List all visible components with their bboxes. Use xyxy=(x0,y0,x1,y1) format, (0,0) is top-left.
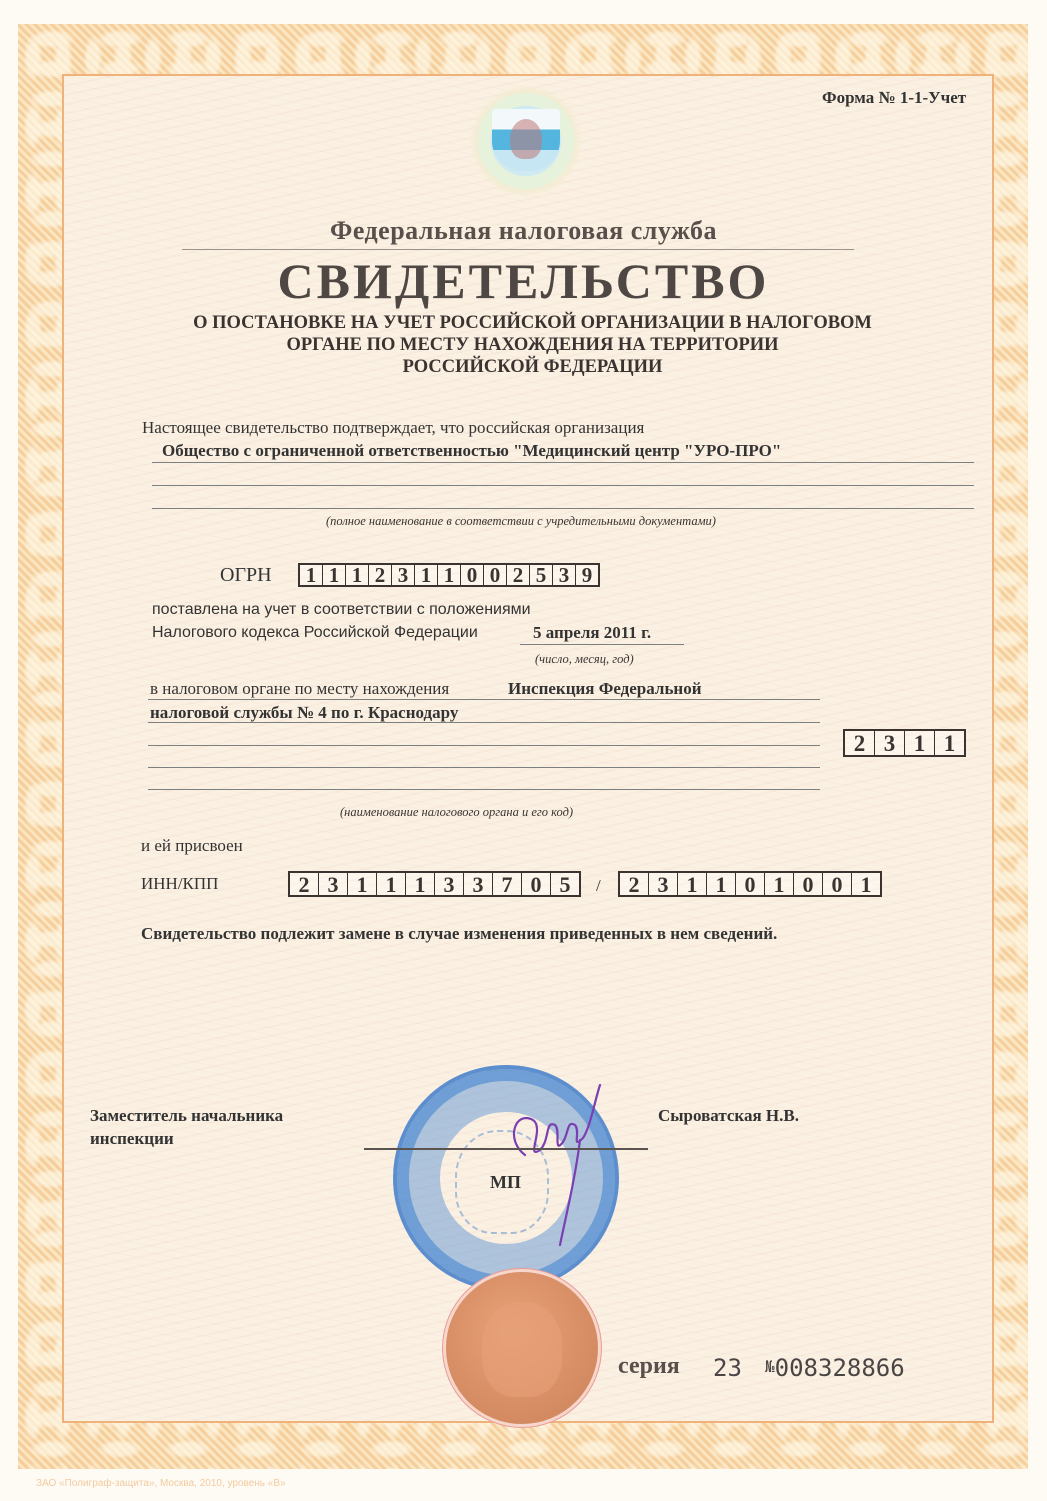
fill-line xyxy=(148,722,820,723)
fill-line xyxy=(148,745,820,746)
tax-authority-name-line-1: Инспекция Федеральной xyxy=(508,679,702,699)
code-digit: 2 xyxy=(845,731,875,755)
kpp-digit: 1 xyxy=(852,873,880,895)
inn-digit: 1 xyxy=(348,873,377,895)
printer-imprint: ЗАО «Полиграф-защита», Москва, 2010, уро… xyxy=(36,1478,286,1489)
series-label: серия xyxy=(618,1353,680,1380)
fns-hologram-emblem-icon xyxy=(470,85,582,197)
ogrn-digit: 1 xyxy=(300,565,323,585)
registration-line-2: Налогового кодекса Российской Федерации xyxy=(152,624,478,642)
fill-line xyxy=(152,462,974,463)
inn-kpp-separator: / xyxy=(596,876,601,896)
fill-line xyxy=(152,485,974,486)
service-name: Федеральная налоговая служба xyxy=(0,216,1047,246)
ogrn-label: ОГРН xyxy=(220,564,272,587)
ogrn-cells: 1 1 1 2 3 1 1 0 0 2 5 3 9 xyxy=(298,563,600,587)
ogrn-digit: 3 xyxy=(553,565,576,585)
ogrn-digit: 0 xyxy=(461,565,484,585)
inn-digit: 3 xyxy=(319,873,348,895)
ogrn-digit: 2 xyxy=(507,565,530,585)
kpp-digit: 2 xyxy=(620,873,649,895)
signature-line xyxy=(364,1148,648,1150)
ogrn-digit: 9 xyxy=(576,565,598,585)
fill-line xyxy=(148,699,820,700)
subtitle-line: РОССИЙСКОЙ ФЕДЕРАЦИИ xyxy=(0,356,1047,378)
document-title: СВИДЕТЕЛЬСТВО xyxy=(0,252,1047,310)
kpp-cells: 2 3 1 1 0 1 0 0 1 xyxy=(618,871,882,897)
organization-intro: Настоящее свидетельство подтверждает, чт… xyxy=(142,418,644,438)
tax-authority-note: (наименование налогового органа и его ко… xyxy=(340,805,573,820)
inn-digit: 0 xyxy=(522,873,551,895)
inn-digit: 3 xyxy=(435,873,464,895)
kpp-digit: 1 xyxy=(707,873,736,895)
inn-digit: 1 xyxy=(406,873,435,895)
fill-line xyxy=(148,767,820,768)
inn-digit: 3 xyxy=(464,873,493,895)
inn-digit: 5 xyxy=(551,873,579,895)
date-note: (число, месяц, год) xyxy=(535,652,634,667)
double-headed-eagle-icon xyxy=(510,119,542,159)
certificate-number: №008328866 xyxy=(765,1354,905,1382)
embossed-eagle-icon xyxy=(482,1302,562,1397)
ogrn-digit: 5 xyxy=(530,565,553,585)
kpp-digit: 0 xyxy=(736,873,765,895)
kpp-digit: 1 xyxy=(765,873,794,895)
ogrn-digit: 2 xyxy=(369,565,392,585)
kpp-digit: 1 xyxy=(678,873,707,895)
registration-date: 5 апреля 2011 г. xyxy=(533,623,651,643)
header-divider xyxy=(182,249,854,250)
form-number: Форма № 1-1-Учет xyxy=(822,88,966,108)
ogrn-digit: 1 xyxy=(346,565,369,585)
assignment-intro: и ей присвоен xyxy=(141,836,243,856)
replacement-notice: Свидетельство подлежит замене в случае и… xyxy=(141,924,777,944)
organization-note: (полное наименование в соответствии с уч… xyxy=(326,514,716,529)
subtitle-line: ОРГАНЕ ПО МЕСТУ НАХОЖДЕНИЯ НА ТЕРРИТОРИИ xyxy=(0,334,1047,356)
signatory-name: Сыроватская Н.В. xyxy=(658,1106,799,1126)
signatory-position-line-2: инспекции xyxy=(90,1129,174,1149)
handwritten-signature-icon xyxy=(495,1080,605,1250)
subtitle-line: О ПОСТАНОВКЕ НА УЧЕТ РОССИЙСКОЙ ОРГАНИЗА… xyxy=(0,312,1047,334)
kpp-digit: 0 xyxy=(794,873,823,895)
number-sign: № xyxy=(765,1357,775,1376)
number-value: 008328866 xyxy=(775,1354,905,1382)
inn-digit: 1 xyxy=(377,873,406,895)
inn-cells: 2 3 1 1 1 3 3 7 0 5 xyxy=(288,871,581,897)
code-digit: 1 xyxy=(905,731,935,755)
kpp-digit: 3 xyxy=(649,873,678,895)
tax-authority-code-cells: 2 3 1 1 xyxy=(843,729,966,757)
inn-digit: 7 xyxy=(493,873,522,895)
signatory-position-line-1: Заместитель начальника xyxy=(90,1106,283,1126)
fill-line xyxy=(152,508,974,509)
inn-digit: 2 xyxy=(290,873,319,895)
tax-authority-name-line-2: налоговой службы № 4 по г. Краснодару xyxy=(150,703,458,723)
fill-line xyxy=(148,789,820,790)
fill-line xyxy=(520,644,684,645)
ogrn-digit: 1 xyxy=(438,565,461,585)
ogrn-digit: 1 xyxy=(415,565,438,585)
code-digit: 1 xyxy=(935,731,964,755)
tax-authority-intro: в налоговом органе по месту нахождения xyxy=(150,679,449,699)
kpp-digit: 0 xyxy=(823,873,852,895)
gold-seal-icon xyxy=(446,1272,598,1424)
inn-kpp-label: ИНН/КПП xyxy=(141,874,218,894)
ogrn-digit: 0 xyxy=(484,565,507,585)
document-subtitle: О ПОСТАНОВКЕ НА УЧЕТ РОССИЙСКОЙ ОРГАНИЗА… xyxy=(0,312,1047,378)
stamp-place-label: МП xyxy=(490,1172,521,1193)
registration-line-1: поставлена на учет в соответствии с поло… xyxy=(152,601,531,619)
organization-name: Общество с ограниченной ответственностью… xyxy=(162,441,781,461)
ogrn-digit: 1 xyxy=(323,565,346,585)
code-digit: 3 xyxy=(875,731,905,755)
series-value: 23 xyxy=(713,1354,742,1382)
ogrn-digit: 3 xyxy=(392,565,415,585)
